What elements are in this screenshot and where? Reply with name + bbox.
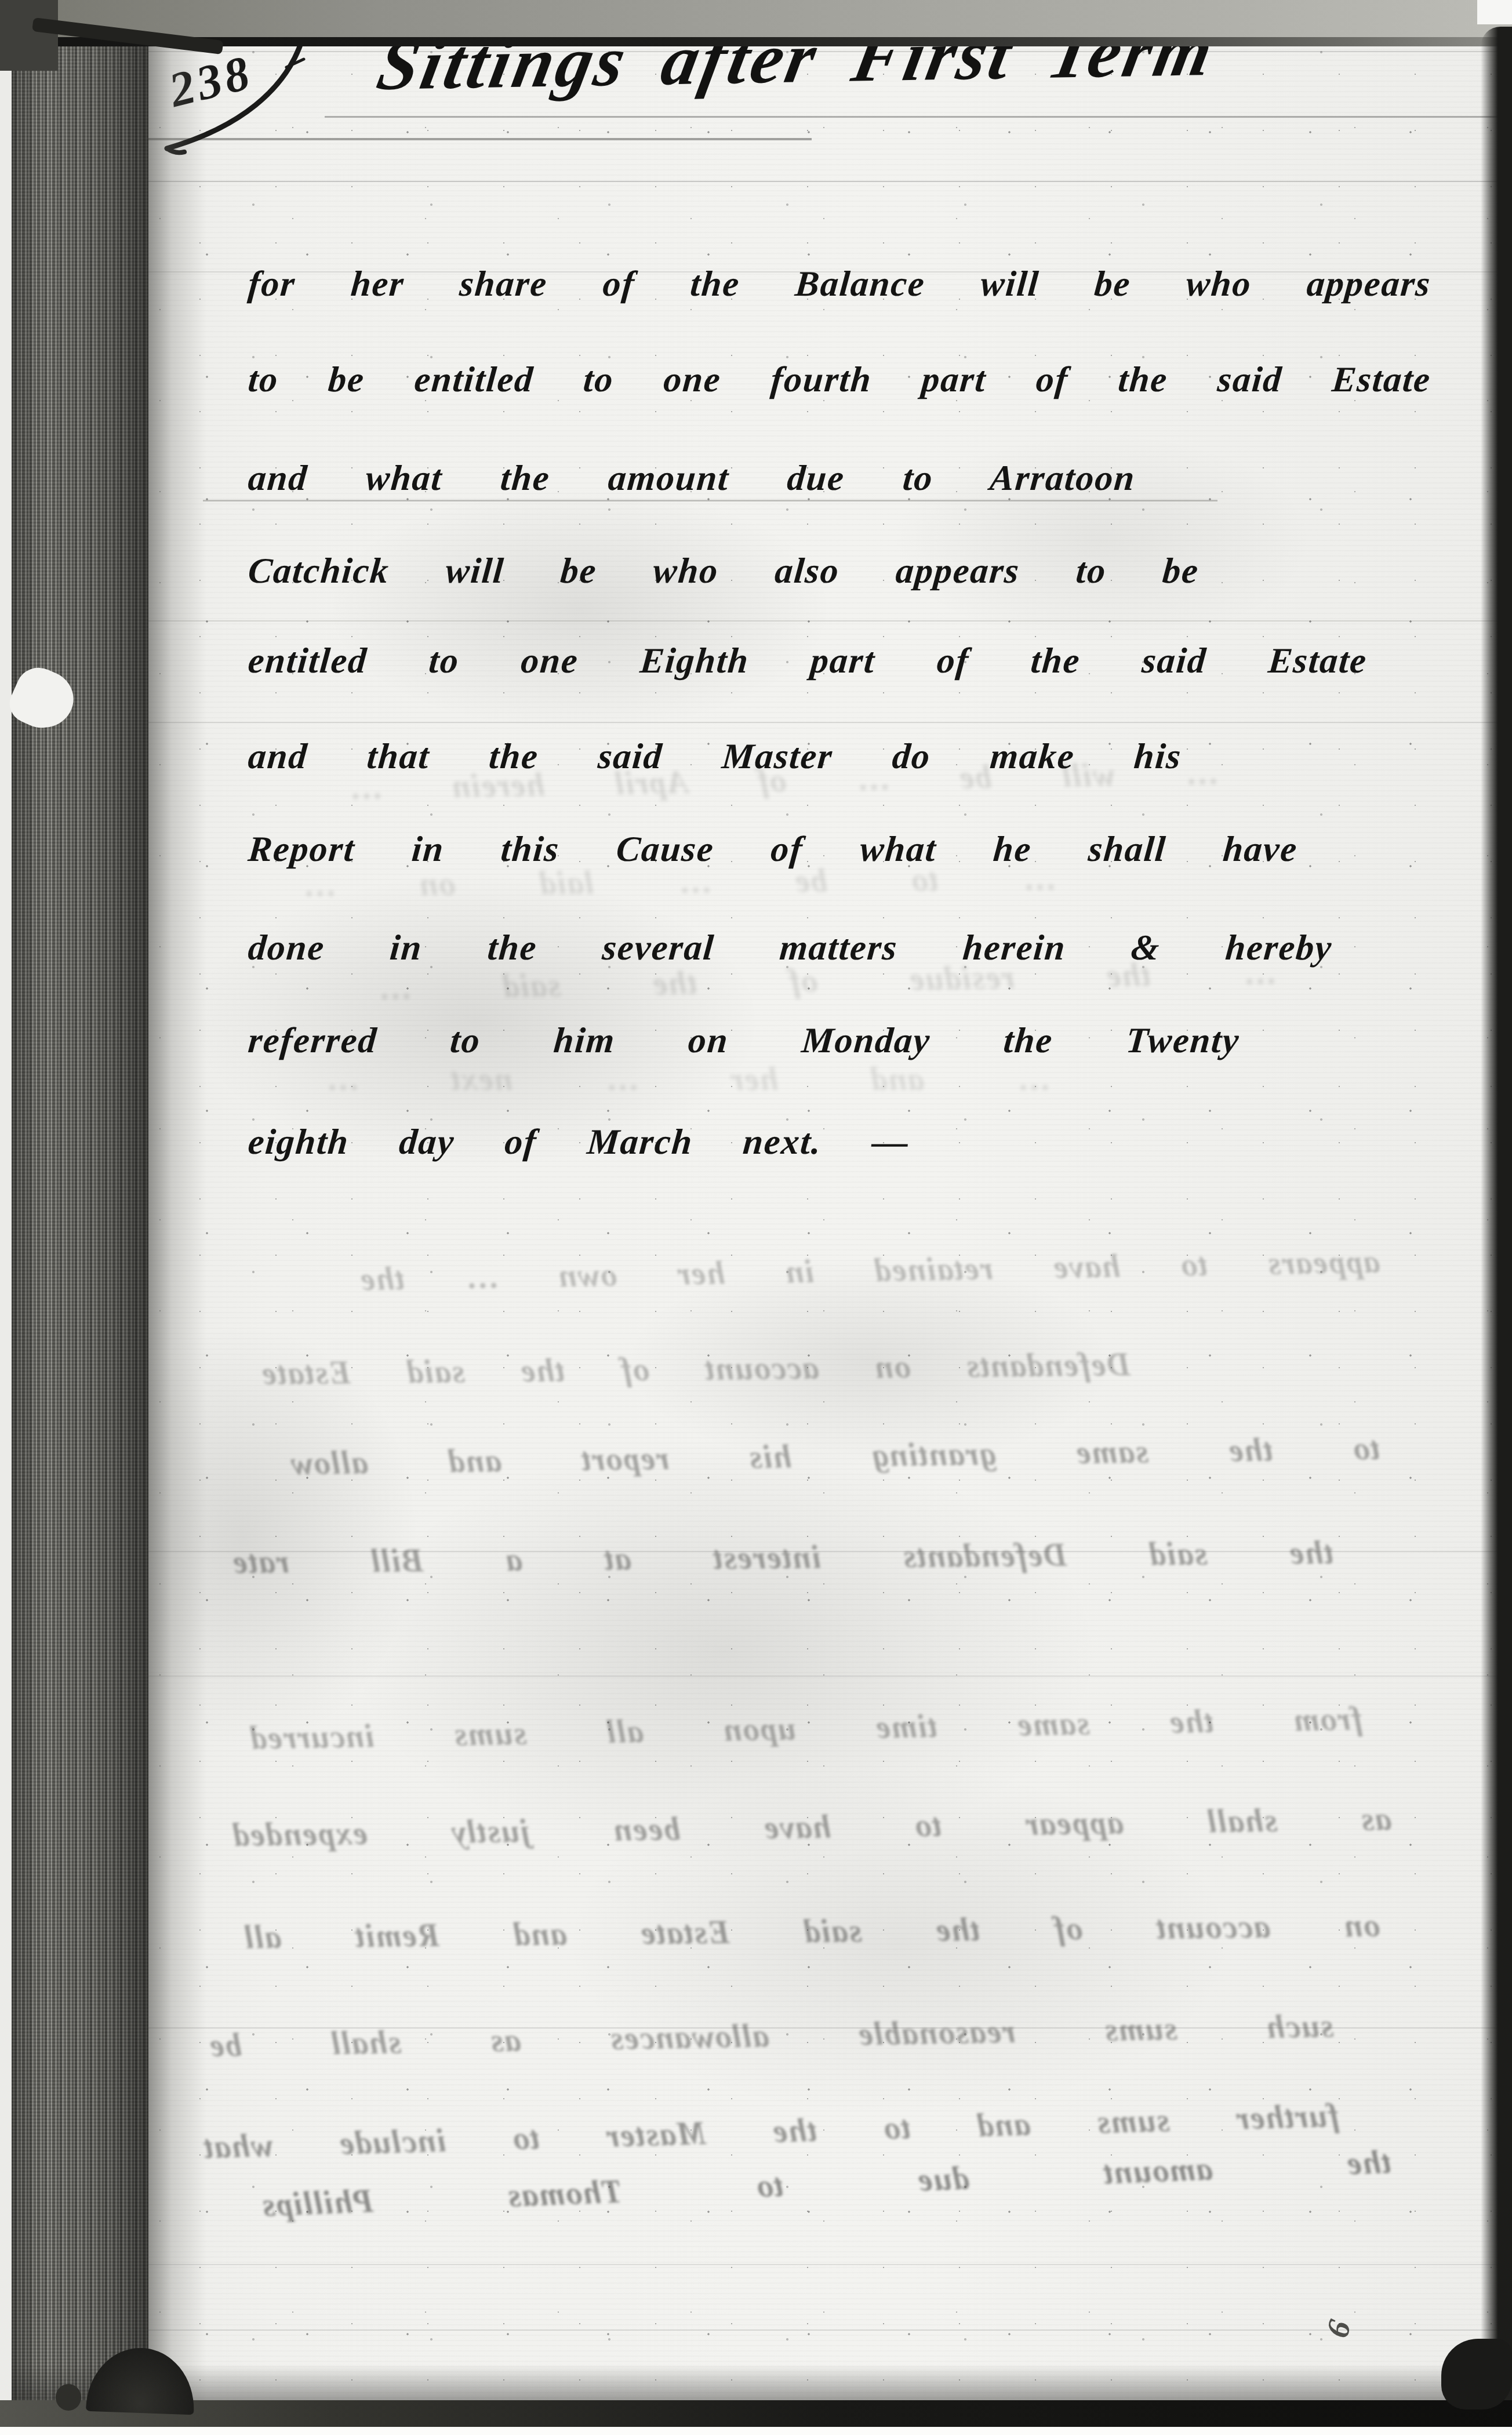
bottom-white-strip xyxy=(0,2427,1512,2435)
manuscript-line: eighth day of March next. — xyxy=(246,1122,911,1163)
scan-line xyxy=(12,2264,1512,2265)
manuscript-line: to be entitled to one fourth part of the… xyxy=(246,359,1433,401)
scan-line xyxy=(12,1676,1512,1677)
bleedthrough-line: … and her … next … xyxy=(325,1061,1049,1098)
manuscript-line: referred to him on Monday the Twenty xyxy=(246,1020,1241,1062)
manuscript-scan: … will be … of April herein … … to be … … xyxy=(0,0,1512,2435)
book-binding-edge xyxy=(12,20,148,2400)
scan-line xyxy=(12,722,1512,723)
manuscript-line: and what the amount due to Arratoon xyxy=(246,458,1137,499)
bottom-dark-band xyxy=(0,2400,1512,2427)
binding-shadow xyxy=(148,20,206,2400)
manuscript-line: done in the several matters herein & her… xyxy=(246,928,1334,969)
manuscript-line: for her share of the Balance will be who… xyxy=(246,264,1433,305)
manuscript-line: entitled to one Eighth part of the said … xyxy=(246,641,1369,682)
scan-line xyxy=(325,116,1512,118)
top-left-cover-corner xyxy=(0,0,58,71)
scan-line xyxy=(0,181,1512,182)
scan-line xyxy=(12,2329,1512,2331)
bottom-page-shadow xyxy=(12,2364,1512,2403)
manuscript-line: Report in this Cause of what he shall ha… xyxy=(246,829,1299,870)
book-top-dark-line xyxy=(0,37,1512,46)
bottom-left-dot xyxy=(56,2384,81,2411)
bottom-right-blob xyxy=(1441,2339,1512,2409)
top-right-corner xyxy=(1477,0,1512,24)
book-top-edge xyxy=(0,0,1512,38)
left-margin xyxy=(0,46,12,2435)
manuscript-line: Catchick will be who also appears to be xyxy=(246,551,1201,592)
manuscript-line: and that the said Master do make his xyxy=(246,736,1183,777)
page-right-dark-edge xyxy=(1481,27,1512,2414)
scan-line xyxy=(12,620,1512,622)
scan-line xyxy=(203,500,1217,501)
